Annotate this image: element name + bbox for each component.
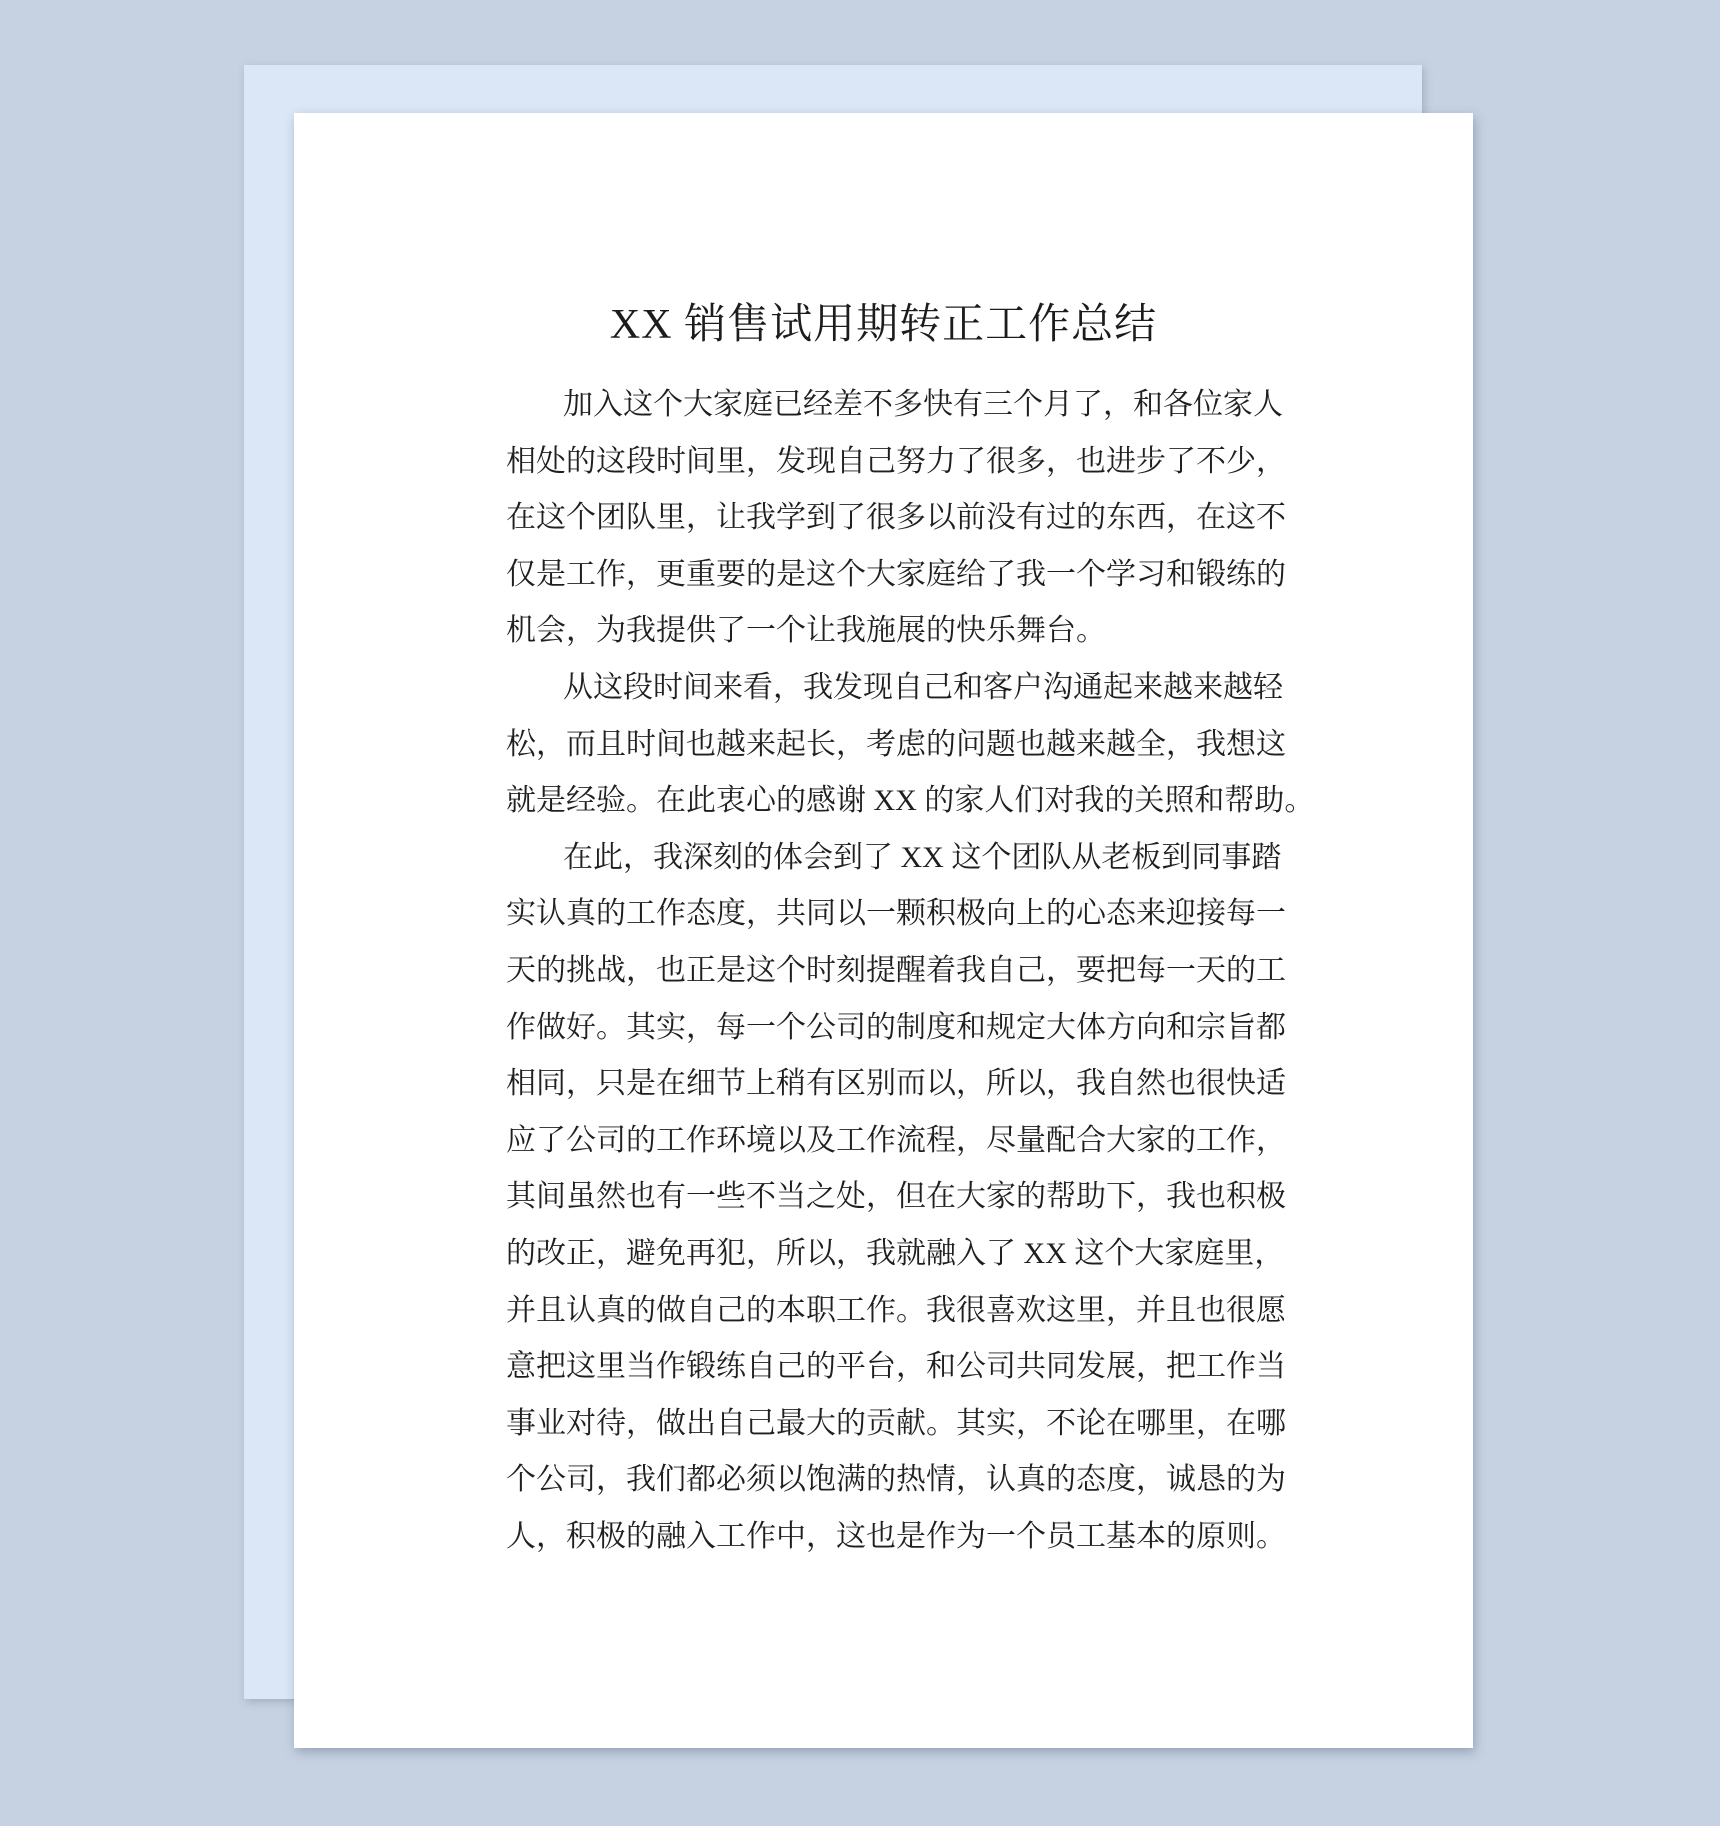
paragraph: 在此，我深刻的体会到了 XX 这个团队从老板到同事踏实认真的工作态度，共同以一颗… [506,830,1473,1566]
text-line: 的改正，避免再犯，所以，我就融入了 XX 这个大家庭里， [506,1226,1473,1283]
text-line: 意把这里当作锻练自己的平台，和公司共同发展，把工作当 [506,1339,1473,1396]
paragraph: 加入这个大家庭已经差不多快有三个月了，和各位家人相处的这段时间里，发现自己努力了… [506,377,1473,660]
text-line: 机会，为我提供了一个让我施展的快乐舞台。 [506,603,1473,660]
desk-background: XX 销售试用期转正工作总结 加入这个大家庭已经差不多快有三个月了，和各位家人相… [0,0,1720,1826]
text-line: 作做好。其实，每一个公司的制度和规定大体方向和宗旨都 [506,1000,1473,1057]
text-line: 松，而且时间也越来起长，考虑的问题也越来越全，我想这 [506,717,1473,774]
text-line: 在此，我深刻的体会到了 XX 这个团队从老板到同事踏 [506,830,1473,887]
text-line: 并且认真的做自己的本职工作。我很喜欢这里，并且也很愿 [506,1283,1473,1340]
document-page: XX 销售试用期转正工作总结 加入这个大家庭已经差不多快有三个月了，和各位家人相… [294,113,1473,1748]
text-line: 相处的这段时间里，发现自己努力了很多，也进步了不少， [506,434,1473,491]
document-body: 加入这个大家庭已经差不多快有三个月了，和各位家人相处的这段时间里，发现自己努力了… [294,377,1473,1565]
text-line: 在这个团队里，让我学到了很多以前没有过的东西，在这不 [506,490,1473,547]
text-line: 个公司，我们都必须以饱满的热情，认真的态度，诚恳的为 [506,1452,1473,1509]
text-line: 仅是工作，更重要的是这个大家庭给了我一个学习和锻练的 [506,547,1473,604]
text-line: 就是经验。在此衷心的感谢 XX 的家人们对我的关照和帮助。 [506,773,1473,830]
text-line: 事业对待，做出自己最大的贡献。其实，不论在哪里，在哪 [506,1396,1473,1453]
paragraph: 从这段时间来看，我发现自己和客户沟通起来越来越轻松，而且时间也越来起长，考虑的问… [506,660,1473,830]
text-line: 应了公司的工作环境以及工作流程，尽量配合大家的工作， [506,1113,1473,1170]
text-line: 加入这个大家庭已经差不多快有三个月了，和各位家人 [506,377,1473,434]
text-line: 相同，只是在细节上稍有区别而以，所以，我自然也很快适 [506,1056,1473,1113]
text-line: 从这段时间来看，我发现自己和客户沟通起来越来越轻 [506,660,1473,717]
text-line: 人，积极的融入工作中，这也是作为一个员工基本的原则。 [506,1509,1473,1566]
text-line: 其间虽然也有一些不当之处，但在大家的帮助下，我也积极 [506,1169,1473,1226]
text-line: 天的挑战，也正是这个时刻提醒着我自己，要把每一天的工 [506,943,1473,1000]
text-line: 实认真的工作态度，共同以一颗积极向上的心态来迎接每一 [506,886,1473,943]
document-title: XX 销售试用期转正工作总结 [294,113,1473,347]
